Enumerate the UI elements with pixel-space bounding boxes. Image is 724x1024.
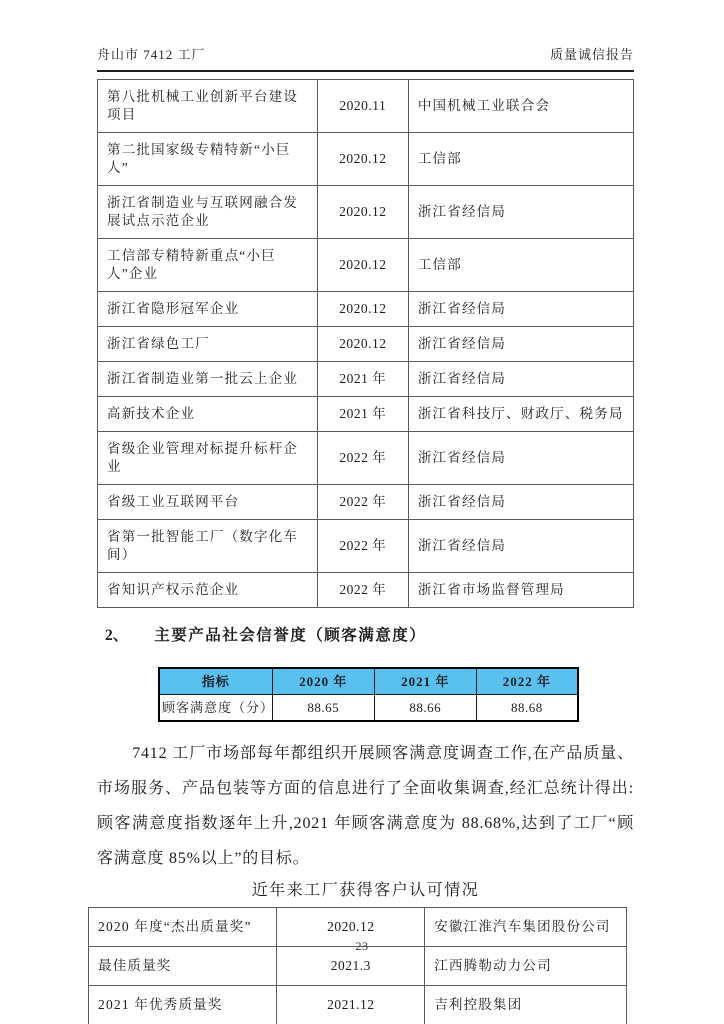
honor-date: 2020.12 [317,327,408,362]
body-paragraph: 7412 工厂市场部每年都组织开展顾客满意度调查工作,在产品质量、 市场服务、产… [97,736,634,876]
table-row: 省级企业管理对标提升标杆企业 2022 年 浙江省经信局 [98,432,634,485]
table-row: 第二批国家级专精特新“小巨人” 2020.12 工信部 [98,133,634,186]
honor-org: 中国机械工业联合会 [408,80,633,133]
honor-date: 2022 年 [317,485,408,520]
header-report-title: 质量诚信报告 [550,44,634,63]
running-header: 舟山市 7412 工厂 质量诚信报告 [97,44,634,72]
satisfaction-data-row: 顾客满意度（分） 88.65 88.66 88.68 [159,695,578,722]
honor-name: 第二批国家级专精特新“小巨人” [98,133,318,186]
honor-org: 工信部 [408,133,633,186]
column-header-2020: 2020 年 [272,668,374,695]
table-row: 省知识产权示范企业 2022 年 浙江省市场监督管理局 [98,573,634,608]
awards-table: 2020 年度“杰出质量奖” 2020.12 安徽江淮汽车集团股份公司 最佳质量… [88,907,627,1024]
satisfaction-table: 指标 2020 年 2021 年 2022 年 顾客满意度（分） 88.65 8… [158,667,579,722]
honor-date: 2020.11 [317,80,408,133]
honor-name: 浙江省隐形冠军企业 [98,292,318,327]
satisfaction-value-2020: 88.65 [272,695,374,722]
paragraph-line: 7412 工厂市场部每年都组织开展顾客满意度调查工作,在产品质量、 [97,736,634,771]
honor-date: 2021 年 [317,362,408,397]
honor-org: 浙江省经信局 [408,186,633,239]
satisfaction-value-2021: 88.66 [374,695,476,722]
table-row: 工信部专精特新重点“小巨人”企业 2020.12 工信部 [98,239,634,292]
table-row: 浙江省制造业与互联网融合发展试点示范企业 2020.12 浙江省经信局 [98,186,634,239]
honor-date: 2020.12 [317,133,408,186]
honor-org: 浙江省经信局 [408,362,633,397]
header-company: 舟山市 7412 工厂 [97,44,206,63]
honors-table: 第八批机械工业创新平台建设项目 2020.11 中国机械工业联合会 第二批国家级… [97,79,634,608]
column-header-indicator: 指标 [159,668,272,695]
honor-date: 2020.12 [317,292,408,327]
satisfaction-row-label: 顾客满意度（分） [159,695,272,722]
honor-name: 浙江省制造业第一批云上企业 [98,362,318,397]
section-heading: 2、主要产品社会信誉度（顾客满意度） [97,623,634,645]
honor-name: 省级工业互联网平台 [98,485,318,520]
column-header-2021: 2021 年 [374,668,476,695]
page-content: 舟山市 7412 工厂 质量诚信报告 第八批机械工业创新平台建设项目 2020.… [97,44,634,1024]
section-title: 主要产品社会信誉度（顾客满意度） [154,627,426,644]
honor-org: 浙江省经信局 [408,520,633,573]
honor-date: 2022 年 [317,573,408,608]
satisfaction-value-2022: 88.68 [476,695,578,722]
honor-name: 高新技术企业 [98,397,318,432]
honor-org: 浙江省市场监督管理局 [408,573,633,608]
award-date: 2021.12 [277,986,425,1024]
award-name: 2021 年优秀质量奖 [89,986,277,1024]
satisfaction-header-row: 指标 2020 年 2021 年 2022 年 [159,668,578,695]
honor-date: 2021 年 [317,397,408,432]
honor-name: 省第一批智能工厂（数字化车间） [98,520,318,573]
paragraph-line: 市场服务、产品包装等方面的信息进行了全面收集调查,经汇总统计得出: [97,771,634,806]
honor-date: 2020.12 [317,186,408,239]
table-row: 2021 年优秀质量奖 2021.12 吉利控股集团 [89,986,627,1024]
honor-name: 省知识产权示范企业 [98,573,318,608]
awards-table-caption: 近年来工厂获得客户认可情况 [97,877,634,900]
table-row: 第八批机械工业创新平台建设项目 2020.11 中国机械工业联合会 [98,80,634,133]
table-row: 浙江省绿色工厂 2020.12 浙江省经信局 [98,327,634,362]
honor-name: 工信部专精特新重点“小巨人”企业 [98,239,318,292]
honor-org: 工信部 [408,239,633,292]
column-header-2022: 2022 年 [476,668,578,695]
table-row: 高新技术企业 2021 年 浙江省科技厅、财政厅、税务局 [98,397,634,432]
honor-org: 浙江省经信局 [408,432,633,485]
honor-org: 浙江省科技厅、财政厅、税务局 [408,397,633,432]
honor-date: 2022 年 [317,432,408,485]
honor-name: 省级企业管理对标提升标杆企业 [98,432,318,485]
page-number: 23 [0,939,724,954]
table-row: 省级工业互联网平台 2022 年 浙江省经信局 [98,485,634,520]
honor-date: 2022 年 [317,520,408,573]
paragraph-line: 客满意度 85%以上”的目标。 [97,841,634,876]
table-row: 浙江省隐形冠军企业 2020.12 浙江省经信局 [98,292,634,327]
honor-org: 浙江省经信局 [408,485,633,520]
honor-name: 第八批机械工业创新平台建设项目 [98,80,318,133]
honor-name: 浙江省绿色工厂 [98,327,318,362]
honor-org: 浙江省经信局 [408,292,633,327]
paragraph-line: 顾客满意度指数逐年上升,2021 年顾客满意度为 88.68%,达到了工厂“顾 [97,806,634,841]
table-row: 浙江省制造业第一批云上企业 2021 年 浙江省经信局 [98,362,634,397]
honor-org: 浙江省经信局 [408,327,633,362]
honor-date: 2020.12 [317,239,408,292]
section-number: 2、 [105,627,128,644]
document-page: 舟山市 7412 工厂 质量诚信报告 第八批机械工业创新平台建设项目 2020.… [0,0,724,1024]
honor-name: 浙江省制造业与互联网融合发展试点示范企业 [98,186,318,239]
award-org: 吉利控股集团 [425,986,627,1024]
table-row: 省第一批智能工厂（数字化车间） 2022 年 浙江省经信局 [98,520,634,573]
